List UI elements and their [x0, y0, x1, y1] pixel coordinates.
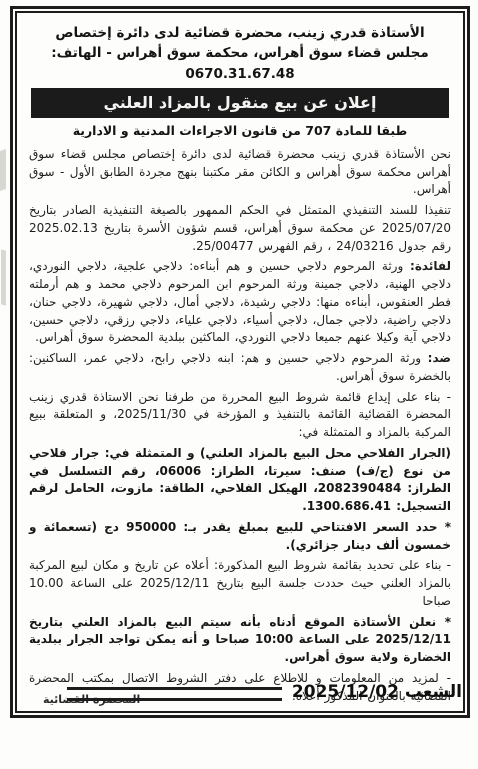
- paragraph-tractor-description: (الجرار الفلاحي محل البيع بالمزاد العلني…: [29, 445, 451, 516]
- paragraph-introduction: نحن الأستاذة قدري زينب محضرة قضائية لدى …: [29, 146, 451, 199]
- paragraph-beneficiaries: لفائدة: ورثة المرحوم دلاجي حسين و هم أبن…: [29, 258, 451, 347]
- notice-outer-frame: الأستاذة قدري زينب، محضرة قضائية لدى دائ…: [10, 6, 470, 718]
- paragraph-lead: لفائدة:: [410, 259, 451, 273]
- bailiff-contact-header: الأستاذة قدري زينب، محضرة قضائية لدى دائ…: [33, 23, 447, 84]
- notice-inner-frame: الأستاذة قدري زينب، محضرة قضائية لدى دائ…: [15, 11, 465, 713]
- paragraph-text: - بناء على إيداع قائمة شروط البيع المحرر…: [29, 390, 451, 440]
- paragraph-text: (الجرار الفلاحي محل البيع بالمزاد العلني…: [29, 446, 451, 513]
- paragraph-auction-announcement: * نعلن الأستاذة الموقع أدناه بأنه سيتم ا…: [29, 614, 451, 667]
- legal-article-subtitle: طبقا للمادة 707 من قانون الاجراءات المدن…: [29, 123, 451, 138]
- paragraph-lead: ضد:: [428, 351, 451, 365]
- paragraph-text: * نعلن الأستاذة الموقع أدناه بأنه سيتم ا…: [29, 615, 451, 665]
- paragraph-executive-title: تنفيذا للسند التنفيذي المتمثل في الحكم ا…: [29, 202, 451, 255]
- newspaper-footer: الشعب 2025/12/02: [40, 682, 462, 702]
- paragraph-text: ورثة المرحوم دلاجي حسين و هم: ابنه دلاجي…: [29, 351, 451, 383]
- scanned-legal-notice-page: الأستاذة قدري زينب، محضرة قضائية لدى دائ…: [0, 0, 478, 769]
- footer-double-rule: [67, 687, 282, 701]
- scan-smudge: [1, 249, 6, 305]
- paragraph-defendants: ضد: ورثة المرحوم دلاجي حسين و هم: ابنه د…: [29, 350, 451, 386]
- paragraph-text: تنفيذا للسند التنفيذي المتمثل في الحكم ا…: [29, 203, 451, 253]
- paragraph-opening-price: * حدد السعر الافتتاحي للبيع بمبلغ يقدر ب…: [29, 519, 451, 555]
- paragraph-text: * حدد السعر الافتتاحي للبيع بمبلغ يقدر ب…: [29, 520, 451, 552]
- scan-smudge: [0, 149, 6, 191]
- notice-body: نحن الأستاذة قدري زينب محضرة قضائية لدى …: [29, 146, 451, 706]
- paragraph-text: ورثة المرحوم دلاجي حسين و هم أبناءه: دلا…: [29, 259, 451, 344]
- notice-title: إعلان عن بيع منقول بالمزاد العلني: [31, 88, 449, 118]
- newspaper-name-and-date: الشعب 2025/12/02: [292, 682, 462, 702]
- paragraph-sale-date-determination: - بناء على تحديد بقائمة شروط البيع المذك…: [29, 557, 451, 610]
- paragraph-text: - بناء على تحديد بقائمة شروط البيع المذك…: [29, 558, 451, 608]
- paragraph-text: نحن الأستاذة قدري زينب محضرة قضائية لدى …: [29, 147, 451, 197]
- paragraph-conditions-filing: - بناء على إيداع قائمة شروط البيع المحرر…: [29, 389, 451, 442]
